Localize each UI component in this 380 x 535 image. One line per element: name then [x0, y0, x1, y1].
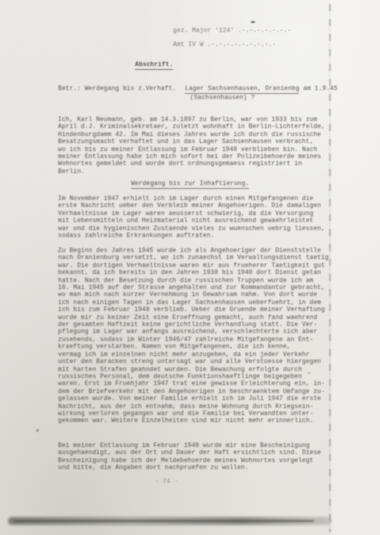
subject-label: Betr.: Werdegang bis z.Verhaft. — [58, 85, 176, 92]
text-line: wo man mich nach kurzer Vernehmung in Ge… — [58, 291, 329, 298]
paragraph-4: Bei meiner Entlassung im Februar 1948 wu… — [58, 442, 321, 472]
text-line: 16. Mai 1945 auf der Strasse angehalten … — [58, 284, 329, 291]
document-page: gez. Major '124' .-.-.-.-.-.-.- Amt IV W… — [0, 0, 380, 535]
text-line: sodass zahlreiche Erkrankungen auftraten… — [58, 232, 325, 239]
text-line: erste Nachricht ueber den Verbleib meine… — [58, 202, 325, 209]
text-line: Verhaeltnisse im Lager waren aeusserst s… — [58, 210, 325, 217]
text-line: bekannt, da ich bereits in den Jahren 19… — [58, 269, 329, 276]
text-line: russisches Personal, dem deutsche Funkti… — [58, 373, 329, 380]
text-line: wirkung verloren gegangen war und die Fa… — [58, 410, 329, 417]
ink-speck — [36, 429, 39, 432]
section-heading: Werdegang bis zur Inhaftierung. — [131, 180, 249, 189]
subject-reference-date: am 1.9.45 — [299, 85, 337, 92]
text-line: gelassen wurde. Von meiner Familie erhie… — [58, 395, 329, 402]
text-line: Hindenburgdamm 42. Im Mai dieses Jahres … — [58, 131, 325, 138]
text-line: unter den Baracken streng untersagt war … — [58, 358, 329, 365]
text-line: wurde mir zu keiner Zeit eine Eroeffnung… — [58, 314, 329, 321]
text-line: war und die hygienischen Zustaende viele… — [58, 225, 325, 232]
text-line: Berlin. — [58, 168, 325, 175]
text-line: mit harten Strafen geahndet wurden. Die … — [58, 366, 329, 373]
text-line: mit Lebensmitteln und Heizmaterial nicht… — [58, 217, 325, 224]
header-reference-line: gez. Major '124' .-.-.-.-.-.-.- — [173, 27, 291, 34]
text-line: Nachricht, aus der ich entnahm, dass mei… — [58, 403, 329, 410]
text-line: ausgehaendigt, aus der Ort und Dauer der… — [58, 449, 321, 456]
page-number: - 74 - — [155, 478, 178, 485]
text-line: Zu Beginn des Jahres 1945 wurde ich als … — [58, 247, 329, 254]
text-line: kraeftung verstarben. Namen von Mitgefan… — [58, 343, 329, 350]
text-line: meiner Entlassung habe ich mich sofort b… — [58, 153, 325, 160]
text-line: pflegung im Lager war anfangs ausreichen… — [58, 328, 329, 335]
page-edge-line — [329, 4, 331, 532]
text-line: ich nach einigen Tagen in das Lager Sach… — [58, 299, 329, 306]
text-line: nach Oranienburg versetzt, wo ich zunaec… — [58, 254, 329, 261]
text-line: April d.J. Kriminalsekretaer, zuletzt wo… — [58, 123, 325, 130]
text-line: Ich, Karl Neumann, geb. am 14.3.1897 zu … — [58, 116, 325, 123]
document-title: Abschrift. — [135, 61, 173, 70]
text-line: Besatzungsmacht verhaftet und in das Lag… — [58, 138, 325, 145]
text-line: der gesamten Haftzeit keine gerichtliche… — [58, 321, 329, 328]
subject-reference-note: (Sachsenhausen) ? — [190, 94, 255, 101]
paragraph-3: Zu Beginn des Jahres 1945 wurde ich als … — [58, 247, 329, 425]
subject-reference-underlined: Lager Sachsenhausen, Oranienbg — [185, 85, 299, 94]
photocopy-smudge-line — [14, 520, 314, 522]
text-line: vermag ich im einzelnen nicht mehr anzug… — [58, 351, 329, 358]
header-reference-line: Amt IV W .-.-.-.-.-.-.-.-.- — [173, 41, 291, 48]
paragraph-1: Ich, Karl Neumann, geb. am 14.3.1897 zu … — [58, 116, 325, 175]
text-line: ich bis zum Februar 1948 verblieb. Ueber… — [58, 306, 329, 313]
ink-speck — [251, 21, 255, 23]
text-line: zusehends, sodass im Winter 1946/47 zahl… — [58, 336, 329, 343]
text-line: waren. Erst im Fruehjahr 1947 trat eine … — [58, 380, 329, 387]
subject-reference: Lager Sachsenhausen, Oranienbg am 1.9.45 — [185, 85, 338, 92]
text-line: Bescheinigung habe ich der Meldebehoerde… — [58, 457, 321, 464]
text-line: Im November 1947 erhielt ich im Lager du… — [58, 195, 325, 202]
paragraph-2: Im November 1947 erhielt ich im Lager du… — [58, 195, 325, 239]
header-reference: gez. Major '124' .-.-.-.-.-.-.- Amt IV W… — [173, 27, 291, 48]
text-line: gekommen war. Weitere Einzelheiten sind … — [58, 417, 329, 424]
scan-margin-strip — [331, 0, 380, 535]
text-line: dem der Briefverkehr mit den Angehoerige… — [58, 388, 329, 395]
text-line: wo ich bis zu meiner Entlassung im Febru… — [58, 146, 325, 153]
text-line: hatte. Nach der Besetzung durch die russ… — [58, 277, 329, 284]
text-line: Wohnortes gemeldet und wurde dort ordnun… — [58, 160, 325, 167]
text-line: und bitte, die Angaben dort nachpruefen … — [58, 464, 321, 471]
text-line: Bei meiner Entlassung im Februar 1948 wu… — [58, 442, 321, 449]
text-line: war. Die dortigen Verhaeltnisse waren mi… — [58, 262, 329, 269]
